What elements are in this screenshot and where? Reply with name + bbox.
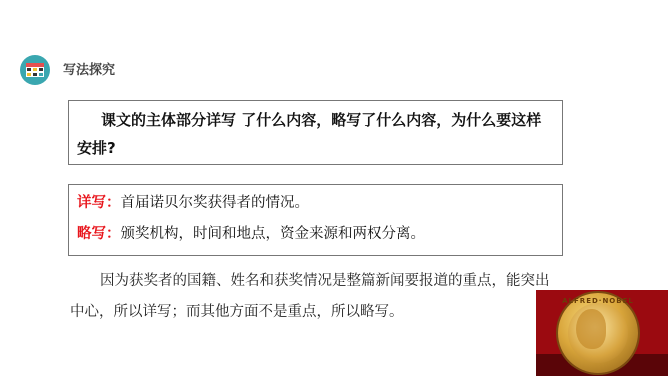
question-box: 课文的主体部分详写 了什么内容，略写了什么内容，为什么要这样安排? — [68, 100, 563, 165]
calendar-glyph — [26, 63, 44, 77]
answer-box: 详写：首届诺贝尔奖获得者的情况。 略写：颁奖机构，时间和地点，资金来源和两权分离… — [68, 184, 563, 256]
medal-inscription: ALFRED·NOBEL — [558, 297, 638, 305]
nobel-portrait — [576, 309, 606, 349]
explanation-paragraph: 因为获奖者的国籍、姓名和获奖情况是整篇新闻要报道的重点，能突出中心，所以详写；而… — [70, 266, 560, 328]
brief-label: 略写： — [77, 226, 121, 242]
detailed-label: 详写： — [77, 195, 121, 211]
brief-row: 略写：颁奖机构，时间和地点，资金来源和两权分离。 — [77, 219, 554, 250]
calendar-icon — [20, 55, 50, 85]
question-text: 课文的主体部分详写 了什么内容，略写了什么内容，为什么要这样安排? — [77, 111, 541, 157]
nobel-medal-image: ALFRED·NOBEL — [536, 290, 668, 376]
detailed-row: 详写：首届诺贝尔奖获得者的情况。 — [77, 188, 554, 219]
explanation-text: 因为获奖者的国籍、姓名和获奖情况是整篇新闻要报道的重点，能突出中心，所以详写；而… — [70, 273, 550, 320]
medal: ALFRED·NOBEL — [558, 293, 638, 373]
detailed-text: 首届诺贝尔奖获得者的情况。 — [121, 195, 310, 211]
brief-text: 颁奖机构，时间和地点，资金来源和两权分离。 — [121, 226, 426, 242]
section-title: 写法探究 — [63, 59, 115, 78]
